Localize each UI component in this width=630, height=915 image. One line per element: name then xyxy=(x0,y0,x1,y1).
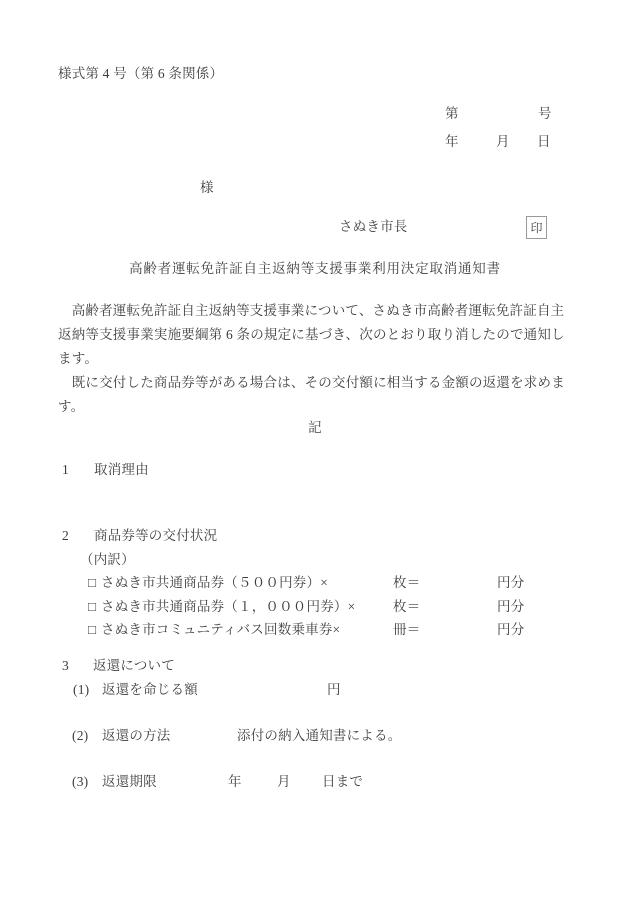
voucher-row: □ さぬき市コミュニティバス回数乗車券× 冊＝ 円分 xyxy=(0,622,630,640)
section-1-heading-row: 1 取消理由 xyxy=(0,462,630,480)
deadline-month-label: 月 xyxy=(277,774,291,790)
document-title: 高齢者運転免許証自主返納等支援事業利用決定取消通知書 xyxy=(0,261,630,277)
voucher-amount-suffix: 円分 xyxy=(497,599,524,615)
paragraph-1-line-3: ます。 xyxy=(58,347,578,371)
date-year-label: 年 xyxy=(445,134,459,150)
paragraph-2: 既に交付した商品券等がある場合は、その交付額に相当する金額の返還を求めま す。 xyxy=(58,371,578,419)
document-page: 様式第 4 号（第 6 条関係） 第 号 年 月 日 様 さぬき市長 印 高齢者… xyxy=(0,0,630,915)
voucher-amount-suffix: 円分 xyxy=(497,575,524,591)
checkbox-icon: □ xyxy=(88,575,96,591)
section-3-heading: 返還について xyxy=(93,658,175,674)
paragraph-1-line-2: 返納等支援事業実施要綱第 6 条の規定に基づき、次のとおり取り消したので通知し xyxy=(58,323,578,347)
section-1-heading: 取消理由 xyxy=(94,462,149,478)
record-marker: 記 xyxy=(0,420,630,436)
item-number: (3) xyxy=(72,774,88,790)
voucher-unit-label: 枚＝ xyxy=(393,575,420,591)
paragraph-1-line-1: 高齢者運転免許証自主返納等支援事業について、さぬき市高齢者運転免許証自主 xyxy=(58,299,578,323)
refund-method-row: (2) 返還の方法 添付の納入通知書による。 xyxy=(0,728,630,746)
refund-method-value: 添付の納入通知書による。 xyxy=(237,728,401,744)
addressee-honorific: 様 xyxy=(200,180,214,196)
voucher-label: さぬき市コミュニティバス回数乗車券× xyxy=(101,622,340,638)
voucher-unit-label: 冊＝ xyxy=(393,622,420,638)
section-2-heading-row: 2 商品券等の交付状況 xyxy=(0,528,630,546)
date-line: 年 月 日 xyxy=(0,134,630,152)
doc-number-prefix: 第 xyxy=(445,106,459,122)
breakdown-label: （内訳） xyxy=(80,552,135,568)
doc-number-suffix: 号 xyxy=(538,106,552,122)
form-number-label: 様式第 4 号（第 6 条関係） xyxy=(58,66,223,82)
item-number: (2) xyxy=(72,728,88,744)
section-2-number: 2 xyxy=(62,528,69,544)
voucher-unit-label: 枚＝ xyxy=(393,599,420,615)
section-2-heading: 商品券等の交付状況 xyxy=(94,528,217,544)
refund-amount-unit: 円 xyxy=(327,682,341,698)
voucher-row: □ さぬき市共通商品券（１，０００円券）× 枚＝ 円分 xyxy=(0,599,630,617)
doc-number-line: 第 号 xyxy=(0,106,630,124)
voucher-row: □ さぬき市共通商品券（５００円券）× 枚＝ 円分 xyxy=(0,575,630,593)
seal-box: 印 xyxy=(526,216,547,239)
deadline-day-label: 日まで xyxy=(322,774,363,790)
paragraph-1: 高齢者運転免許証自主返納等支援事業について、さぬき市高齢者運転免許証自主 返納等… xyxy=(58,299,578,371)
section-3-heading-row: 3 返還について xyxy=(0,658,630,676)
checkbox-icon: □ xyxy=(88,599,96,615)
seal-label: 印 xyxy=(530,219,542,236)
refund-deadline-label: 返還期限 xyxy=(102,774,157,790)
date-month-label: 月 xyxy=(496,134,510,150)
section-3-number: 3 xyxy=(62,658,69,674)
section-1-number: 1 xyxy=(62,462,69,478)
paragraph-2-line-1: 既に交付した商品券等がある場合は、その交付額に相当する金額の返還を求めま xyxy=(58,371,578,395)
refund-amount-label: 返還を命じる額 xyxy=(102,682,198,698)
refund-method-label: 返還の方法 xyxy=(102,728,171,744)
voucher-label: さぬき市共通商品券（１，０００円券）× xyxy=(101,599,355,615)
refund-amount-row: (1) 返還を命じる額 円 xyxy=(0,682,630,700)
voucher-label: さぬき市共通商品券（５００円券）× xyxy=(101,575,328,591)
deadline-year-label: 年 xyxy=(228,774,242,790)
sender-title: さぬき市長 xyxy=(339,219,408,235)
date-day-label: 日 xyxy=(537,134,551,150)
item-number: (1) xyxy=(73,682,89,698)
refund-deadline-row: (3) 返還期限 年 月 日まで xyxy=(0,774,630,792)
voucher-amount-suffix: 円分 xyxy=(497,622,524,638)
paragraph-2-line-2: す。 xyxy=(58,395,578,419)
checkbox-icon: □ xyxy=(88,622,96,638)
